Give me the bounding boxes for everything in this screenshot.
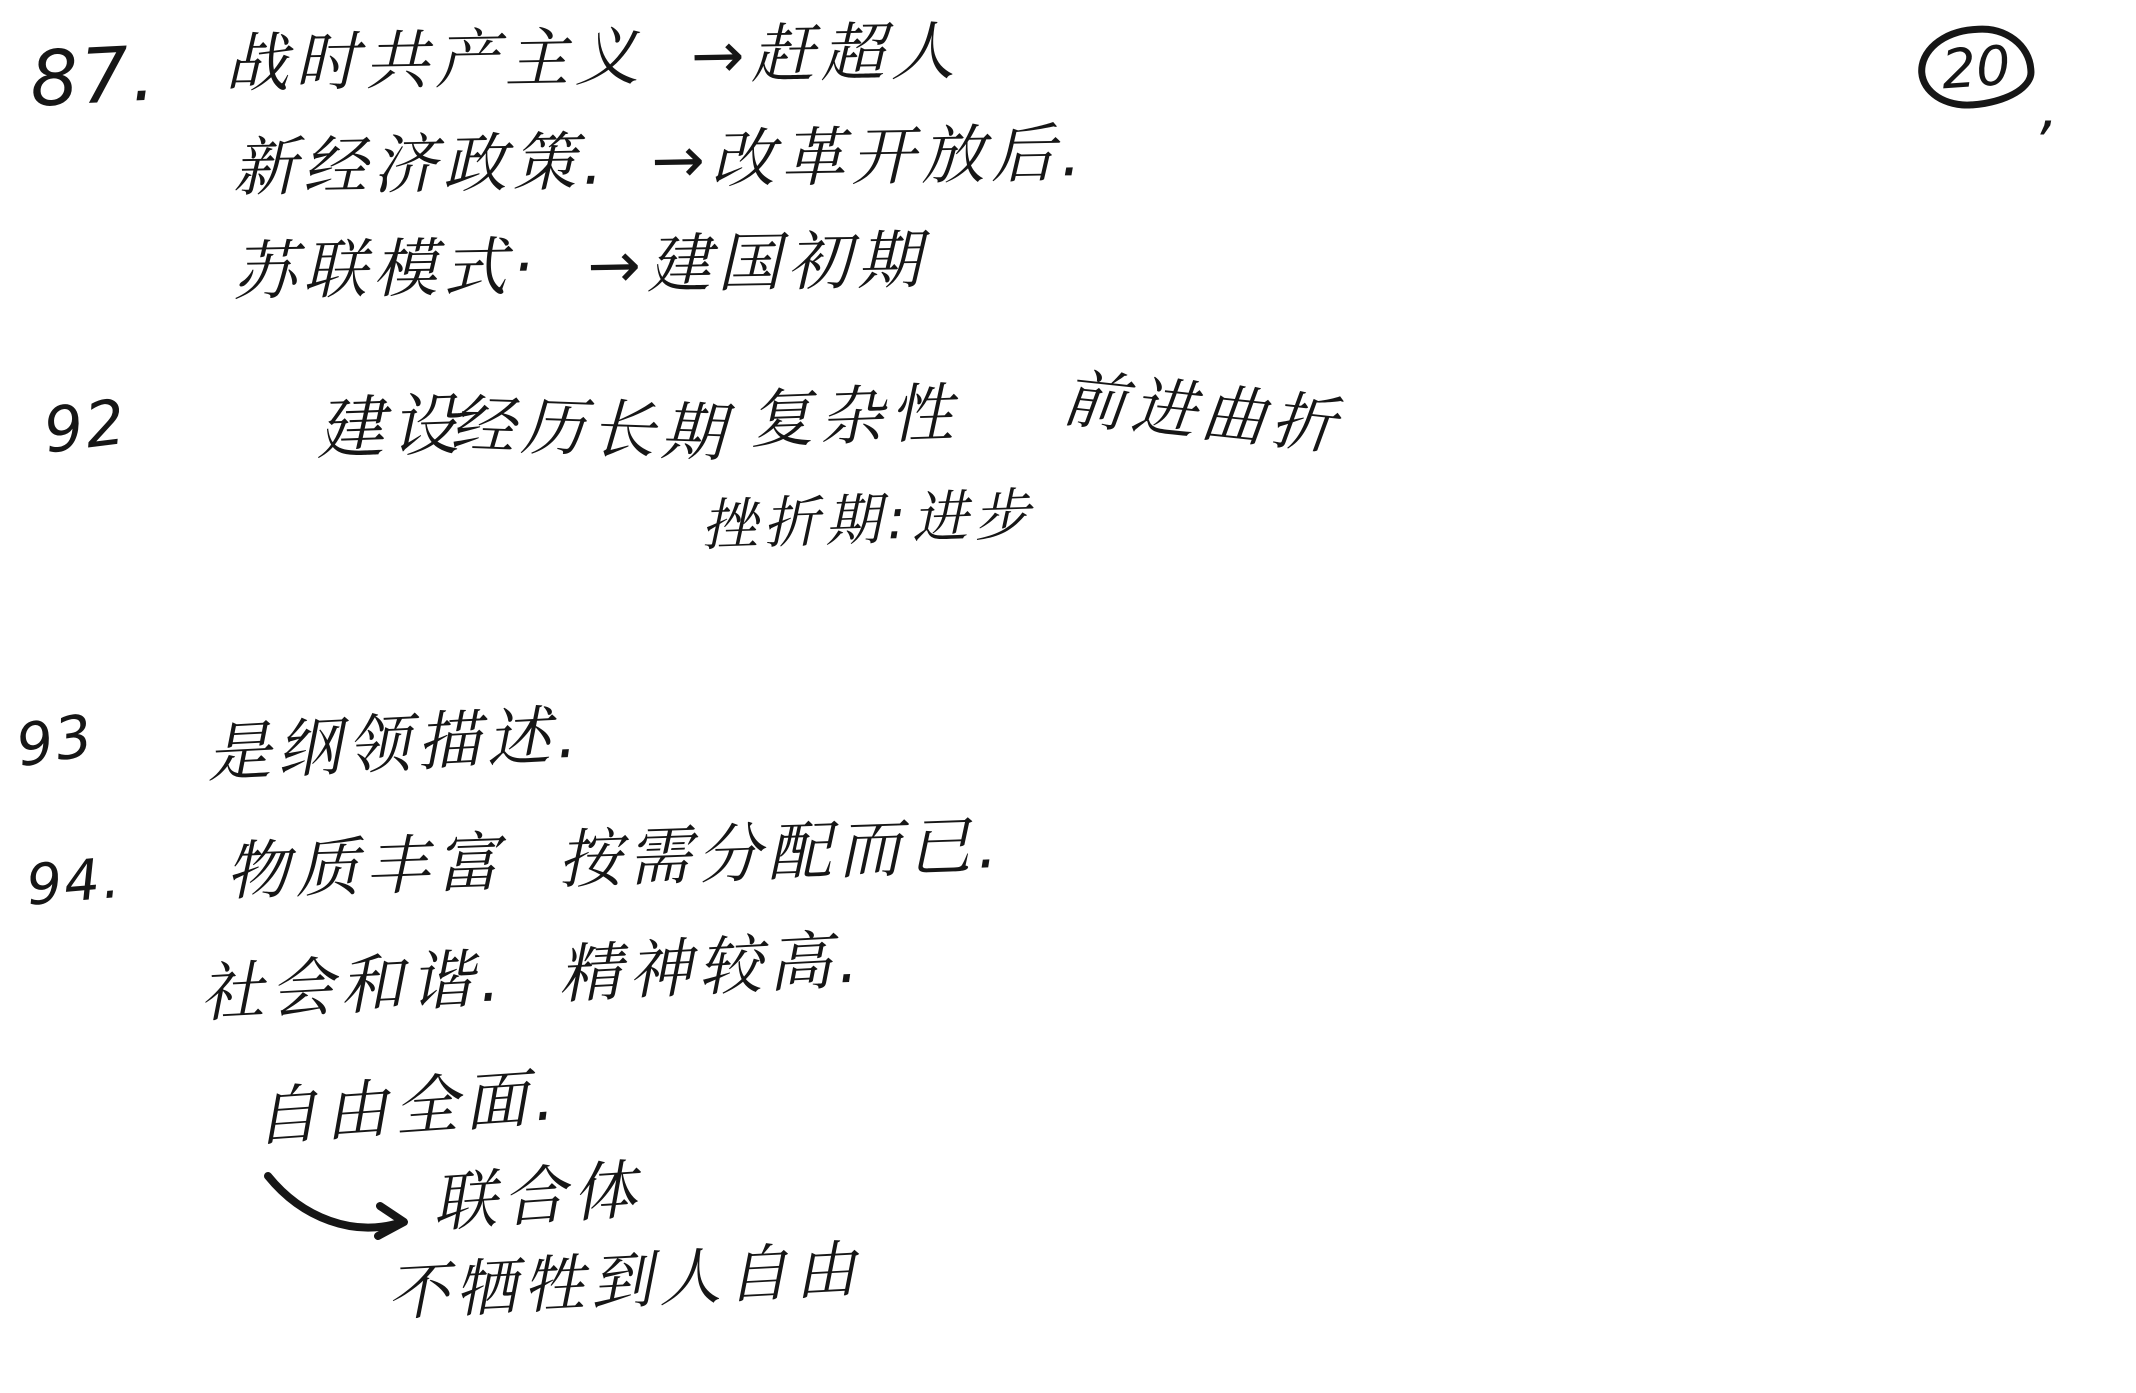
circled-page-number: 20 (1915, 22, 2036, 112)
note-line-87-2: 新经济政策. →改革开放后. (232, 119, 1088, 204)
question-number-93: 93 (12, 704, 99, 779)
note-phrase-92-4: 前进曲折 (1059, 364, 1345, 463)
handwritten-notes-page: 87. 战时共产主义 →赶超人 新经济政策. →改革开放后. 苏联模式· →建国… (0, 0, 2136, 1393)
note-phrase-92-3: 复杂性 (748, 379, 960, 457)
note-line-94-1: 物质丰富 按需分配而已. (224, 811, 1005, 909)
note-line-93-1: 是纲领描述. (205, 700, 585, 790)
note-line-94-2: 社会和谐. 精神较高. (198, 925, 866, 1030)
note-phrase-92-1: 建设 (315, 389, 466, 469)
note-line-87-3: 苏联模式· →建国初期 (232, 226, 927, 308)
note-line-94-3: 自由全面. (252, 1063, 563, 1155)
note-line-94-arrow-text: 联合体 (430, 1155, 644, 1240)
page-number-value: 20 (1940, 33, 2013, 101)
question-number-87: 87. (28, 31, 159, 121)
note-line-87-1: 战时共产主义 →赶超人 (224, 17, 961, 100)
question-number-92: 92 (40, 388, 131, 466)
note-phrase-92-2: 经历长期 (450, 390, 732, 470)
note-line-94-4: 不牺牲到人自由 (385, 1235, 864, 1328)
curved-arrow-icon (262, 1166, 422, 1262)
question-number-94: 94. (24, 848, 124, 918)
note-subline-92: 挫折期:进步 (700, 484, 1037, 557)
page-number-comma: , (2040, 74, 2058, 142)
